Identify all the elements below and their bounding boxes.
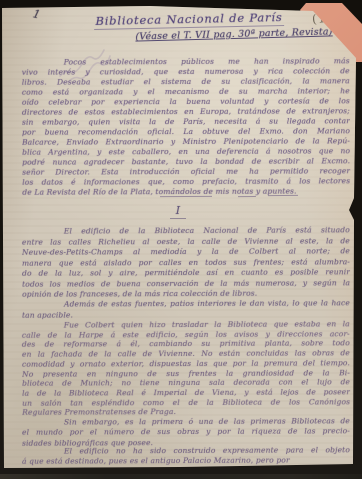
manuscript-paragraph: El edificio de la Biblioteca Nacional de… (22, 225, 350, 300)
manuscript-paragraph: El edificio no ha sido construido expres… (22, 445, 350, 466)
page-corner-number: 1 (32, 7, 42, 21)
manuscript-paragraph: Además de estas fuentes, patios interior… (22, 298, 350, 320)
handwritten-line: El edificio de la Biblioteca Nacional de… (22, 225, 350, 237)
section-numeral-text: I (170, 204, 187, 219)
manuscript-paragraph: Pocos establecimientos públicos me han i… (22, 56, 351, 197)
ink-underline (160, 196, 212, 197)
section-numeral: I (160, 204, 196, 217)
ink-underline (238, 196, 256, 197)
handwritten-line: Además de estas fuentes, patios interior… (22, 298, 350, 310)
handwritten-line: todos los medios de buena conservación d… (22, 278, 350, 290)
handwritten-line: El edificio no ha sido construido expres… (22, 445, 350, 456)
handwritten-line: á que está destinado, pues es el antiguo… (22, 455, 350, 466)
handwritten-line: un salón tan espléndido como el de la Bi… (22, 397, 350, 408)
photo-bottom-edge (0, 474, 362, 479)
manuscript-paragraph: Fue Colbert quien hizo trasladar la Bibl… (22, 319, 350, 417)
handwritten-line: do de la luz, sol y aire, permitiéndole … (22, 267, 350, 279)
handwritten-line: Neuve-des-Petits-Champs al mediodía y la… (22, 246, 350, 258)
page-title: Biblioteca Nacional de París (94, 10, 284, 30)
scanned-manuscript-photo: 1 Biblioteca Nacional de París (Véase el… (0, 0, 362, 479)
manuscript-page: 1 Biblioteca Nacional de París (Véase el… (0, 0, 362, 479)
handwritten-line: el mundo por el número de sus obras y po… (22, 427, 350, 439)
ink-underline (268, 195, 298, 196)
manuscript-paragraph: Sin embargo, es la primera ó una de las … (22, 416, 350, 448)
